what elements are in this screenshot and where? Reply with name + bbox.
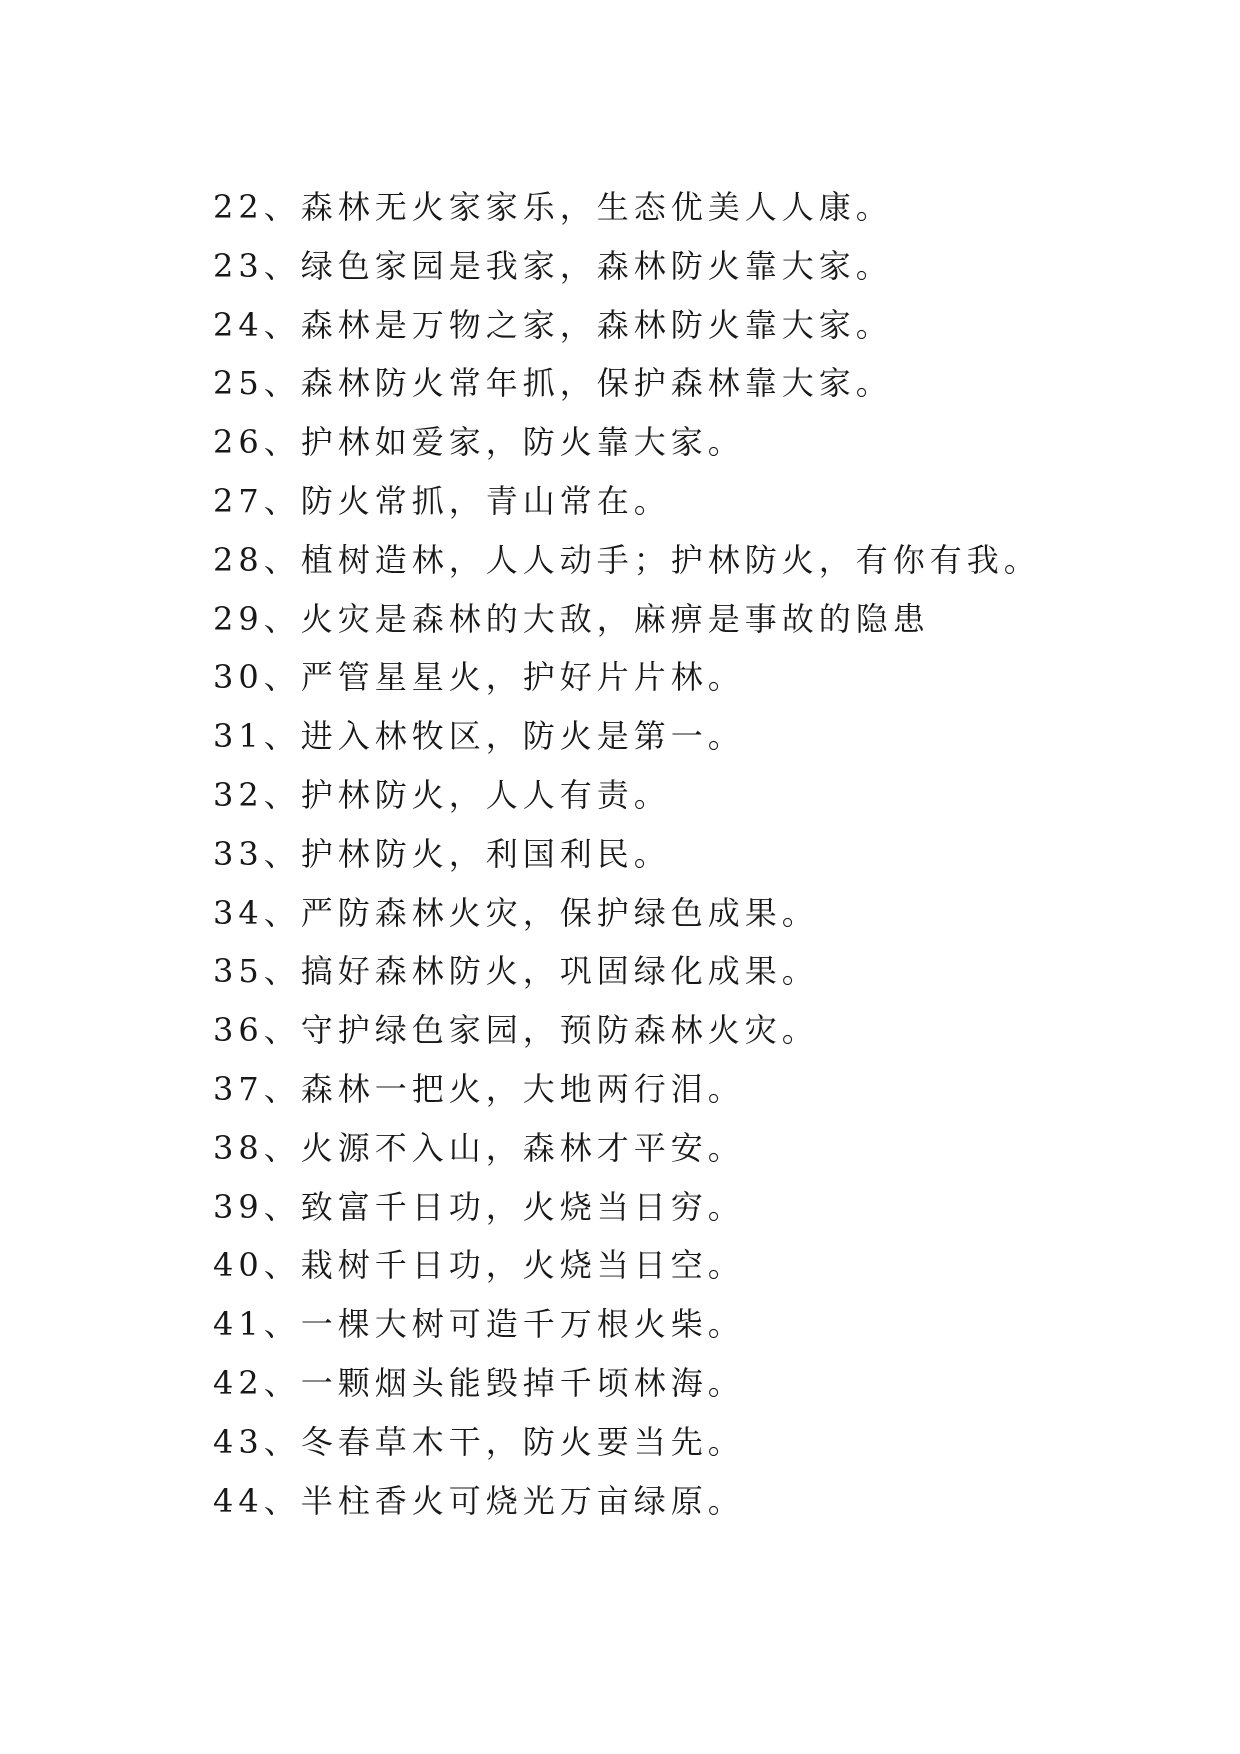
document-page: 22、森林无火家家乐，生态优美人人康。 23、绿色家园是我家，森林防火靠大家。 … — [0, 0, 1240, 1754]
list-item: 26、护林如爱家，防火靠大家。 — [213, 413, 1180, 472]
list-item: 36、守护绿色家园，预防森林火灾。 — [213, 1001, 1180, 1060]
list-item: 24、森林是万物之家，森林防火靠大家。 — [213, 296, 1180, 355]
list-item: 27、防火常抓，青山常在。 — [213, 472, 1180, 531]
list-item: 43、冬春草木干，防火要当先。 — [213, 1413, 1180, 1472]
list-item: 42、一颗烟头能毁掉千顷林海。 — [213, 1354, 1180, 1413]
list-item: 44、半柱香火可烧光万亩绿原。 — [213, 1472, 1180, 1531]
list-item: 25、森林防火常年抓，保护森林靠大家。 — [213, 354, 1180, 413]
list-item: 23、绿色家园是我家，森林防火靠大家。 — [213, 237, 1180, 296]
list-item: 22、森林无火家家乐，生态优美人人康。 — [213, 178, 1180, 237]
list-item: 35、搞好森林防火，巩固绿化成果。 — [213, 942, 1180, 1001]
list-item: 33、护林防火，利国利民。 — [213, 825, 1180, 884]
list-item: 32、护林防火，人人有责。 — [213, 766, 1180, 825]
list-item: 28、植树造林，人人动手；护林防火，有你有我。 — [213, 531, 1180, 590]
list-item: 29、火灾是森林的大敌，麻痹是事故的隐患 — [213, 590, 1180, 649]
list-item: 38、火源不入山，森林才平安。 — [213, 1119, 1180, 1178]
slogan-list: 22、森林无火家家乐，生态优美人人康。 23、绿色家园是我家，森林防火靠大家。 … — [213, 178, 1180, 1530]
list-item: 34、严防森林火灾，保护绿色成果。 — [213, 884, 1180, 943]
list-item: 39、致富千日功，火烧当日穷。 — [213, 1178, 1180, 1237]
list-item: 31、进入林牧区，防火是第一。 — [213, 707, 1180, 766]
list-item: 41、一棵大树可造千万根火柴。 — [213, 1295, 1180, 1354]
list-item: 30、严管星星火，护好片片林。 — [213, 648, 1180, 707]
list-item: 37、森林一把火，大地两行泪。 — [213, 1060, 1180, 1119]
list-item: 40、栽树千日功，火烧当日空。 — [213, 1236, 1180, 1295]
